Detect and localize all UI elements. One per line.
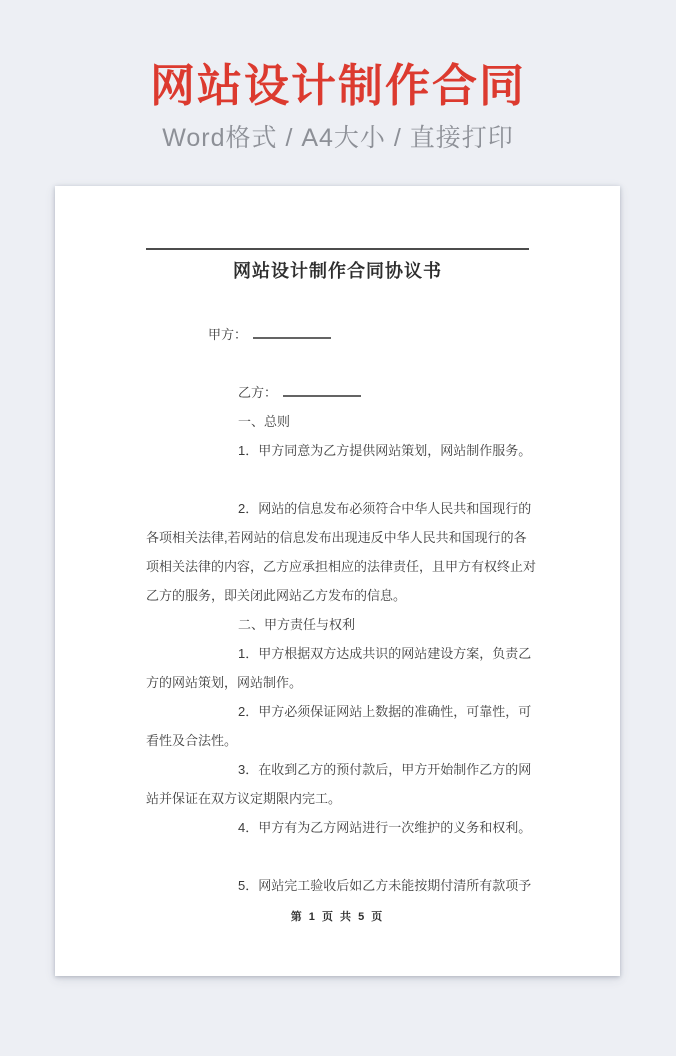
- doc-line-text: 方的网站策划，网站制作。: [146, 675, 302, 690]
- blank-line: [146, 291, 529, 320]
- doc-line-text: 乙方：: [238, 385, 277, 400]
- doc-line-text: 甲方：: [208, 327, 247, 342]
- document-body: 甲方：乙方：一、总则1．甲方同意为乙方提供网站策划，网站制作服务。2．网站的信息…: [146, 291, 529, 900]
- doc-line-text: 3．在收到乙方的预付款后，甲方开始制作乙方的网: [238, 762, 531, 777]
- doc-line: 站并保证在双方议定期限内完工。: [146, 784, 529, 813]
- doc-line-text: 2．甲方必须保证网站上数据的准确性，可靠性，可: [238, 704, 531, 719]
- doc-line: 各项相关法律,若网站的信息发布出现违反中华人民共和国现行的各: [146, 523, 529, 552]
- doc-line-text: 4．甲方有为乙方网站进行一次维护的义务和权利。: [238, 820, 531, 835]
- doc-line: 5．网站完工验收后如乙方未能按期付清所有款项予: [146, 871, 529, 900]
- doc-line: 二、甲方责任与权利: [146, 610, 529, 639]
- doc-line-text: 乙方的服务，即关闭此网站乙方发布的信息。: [146, 588, 406, 603]
- blank-line: [146, 349, 529, 378]
- page-number-footer: 第 1 页 共 5 页: [55, 908, 620, 924]
- doc-line: 2．甲方必须保证网站上数据的准确性，可靠性，可: [146, 697, 529, 726]
- doc-line-text: 各项相关法律,若网站的信息发布出现违反中华人民共和国现行的各: [146, 530, 527, 545]
- blank-line: [146, 842, 529, 871]
- doc-line: 1．甲方同意为乙方提供网站策划，网站制作服务。: [146, 436, 529, 465]
- doc-line: 方的网站策划，网站制作。: [146, 668, 529, 697]
- document-heading: 网站设计制作合同协议书: [146, 260, 529, 282]
- document-content: 网站设计制作合同协议书 甲方：乙方：一、总则1．甲方同意为乙方提供网站策划，网站…: [146, 186, 529, 900]
- doc-line: 乙方：: [146, 378, 529, 407]
- blank-line: [146, 465, 529, 494]
- fill-in-blank-underline: [253, 323, 331, 339]
- doc-line-text: 项相关法律的内容，乙方应承担相应的法律责任，且甲方有权终止对: [146, 559, 536, 574]
- doc-line-text: 1．甲方根据双方达成共识的网站建设方案，负责乙: [238, 646, 531, 661]
- doc-line-text: 2．网站的信息发布必须符合中华人民共和国现行的: [238, 501, 531, 516]
- doc-line: 看性及合法性。: [146, 726, 529, 755]
- doc-line: 3．在收到乙方的预付款后，甲方开始制作乙方的网: [146, 755, 529, 784]
- fill-in-blank-underline: [283, 381, 361, 397]
- doc-line: 一、总则: [146, 407, 529, 436]
- doc-line-text: 5．网站完工验收后如乙方未能按期付清所有款项予: [238, 878, 531, 893]
- doc-line-text: 1．甲方同意为乙方提供网站策划，网站制作服务。: [238, 443, 531, 458]
- header-rule: [146, 248, 529, 250]
- template-subtitle: Word格式 / A4大小 / 直接打印: [0, 121, 676, 155]
- doc-line: 4．甲方有为乙方网站进行一次维护的义务和权利。: [146, 813, 529, 842]
- doc-line-text: 看性及合法性。: [146, 733, 237, 748]
- doc-line: 项相关法律的内容，乙方应承担相应的法律责任，且甲方有权终止对: [146, 552, 529, 581]
- doc-line: 2．网站的信息发布必须符合中华人民共和国现行的: [146, 494, 529, 523]
- template-title: 网站设计制作合同: [0, 60, 676, 112]
- doc-line: 乙方的服务，即关闭此网站乙方发布的信息。: [146, 581, 529, 610]
- document-page: 网站设计制作合同协议书 甲方：乙方：一、总则1．甲方同意为乙方提供网站策划，网站…: [55, 186, 620, 976]
- doc-line: 甲方：: [146, 320, 529, 349]
- template-preview-background: 网站设计制作合同 Word格式 / A4大小 / 直接打印 网站设计制作合同协议…: [0, 0, 676, 1056]
- doc-line: 1．甲方根据双方达成共识的网站建设方案，负责乙: [146, 639, 529, 668]
- doc-line-text: 站并保证在双方议定期限内完工。: [146, 791, 341, 806]
- doc-line-text: 二、甲方责任与权利: [238, 617, 355, 632]
- doc-line-text: 一、总则: [238, 414, 290, 429]
